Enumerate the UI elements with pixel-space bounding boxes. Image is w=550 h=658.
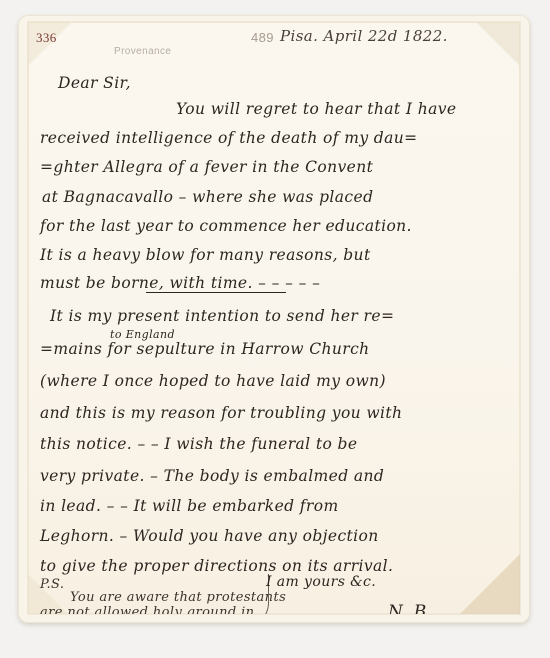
body-line: very private. – The body is embalmed and [40, 467, 384, 485]
folio-number: 336 [36, 30, 57, 46]
salutation: Dear Sir, [58, 74, 131, 92]
body-line: received intelligence of the death of my… [40, 129, 418, 147]
body-line: must be borne, with time. – – – – – [40, 274, 320, 292]
body-line: at Bagnacavallo – where she was placed [42, 188, 373, 206]
body-line: =mains for sepulture in Harrow Church [40, 340, 370, 358]
signature: N. B. [388, 602, 433, 614]
document-number: 489 [251, 30, 274, 45]
body-line: It is a heavy blow for many reasons, but [40, 246, 371, 264]
body-line: (where I once hoped to have laid my own) [40, 372, 386, 390]
body-line: in lead. – – It will be embarked from [40, 497, 339, 515]
postscript-line: are not allowed holy ground in [40, 605, 254, 614]
postscript-marker: P.S. [40, 577, 64, 592]
body-line: =ghter Allegra of a fever in the Convent [40, 158, 373, 176]
body-line: You will regret to hear that I have [176, 100, 456, 118]
photo-corner-bottom-right [460, 554, 520, 614]
letter-scan-canvas: 336 Provenance 489 Pisa. April 22d 1822.… [0, 0, 550, 658]
body-line: It is my present intention to send her r… [50, 307, 394, 325]
underline-rule [146, 292, 286, 293]
place-date: Pisa. April 22d 1822. [280, 27, 448, 45]
pencil-annotation: Provenance [114, 46, 171, 57]
body-line: for the last year to commence her educat… [40, 217, 412, 235]
postscript-bracket [238, 574, 269, 614]
photo-corner-top-right [476, 22, 520, 66]
body-line: this notice. – – I wish the funeral to b… [40, 435, 357, 453]
letter-sheet: 336 Provenance 489 Pisa. April 22d 1822.… [28, 22, 520, 614]
body-line: and this is my reason for troubling you … [40, 404, 402, 422]
body-line: to give the proper directions on its arr… [40, 557, 393, 575]
body-line: Leghorn. – Would you have any objection [40, 527, 379, 545]
closing: I am yours &c. [266, 574, 376, 590]
